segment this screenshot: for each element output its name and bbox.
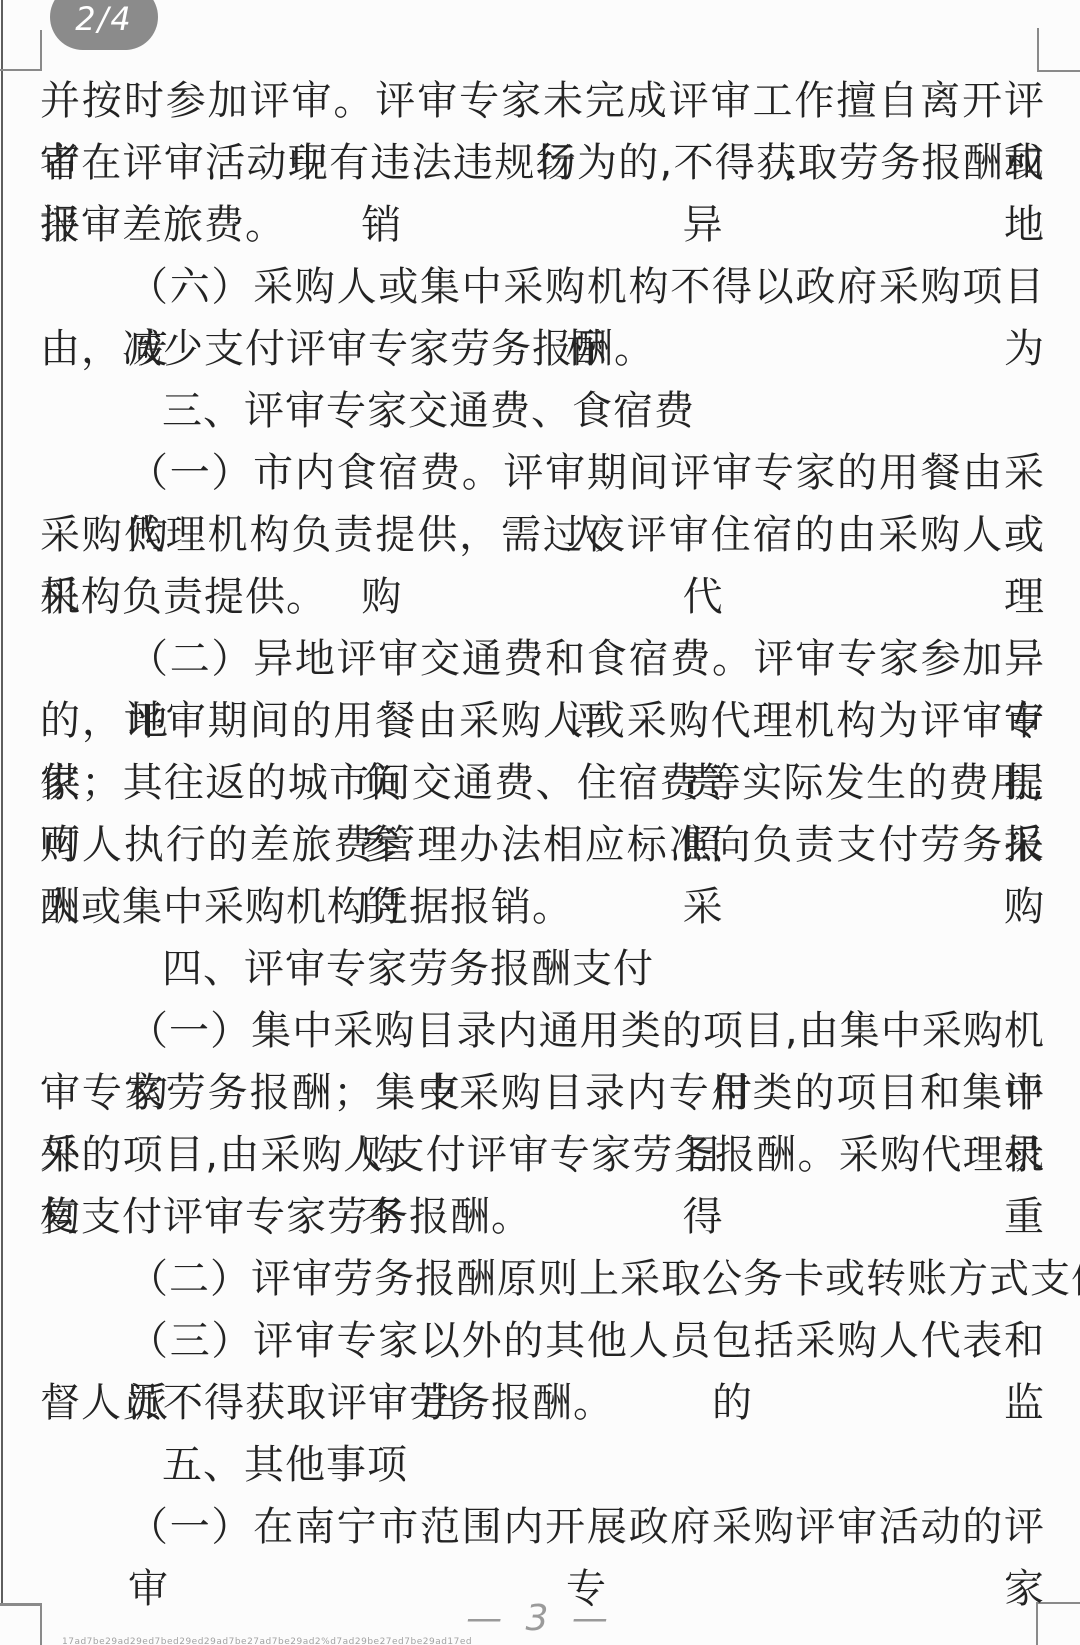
watermark-text: 17ad7be29ad29ed7bed29ed29ad7be27ad7be29a… xyxy=(62,1637,472,1645)
page-indicator-badge: 2/4 xyxy=(50,0,158,50)
text-line: （三）评审专家以外的其他人员包括采购人代表和派出的监 xyxy=(40,1310,1045,1372)
page-left-border-line xyxy=(1,0,3,1604)
text-line: （六）采购人或集中采购机构不得以政府采购项目废标为 xyxy=(40,256,1045,318)
text-line: 五、其他事项 xyxy=(40,1434,1045,1496)
text-line: 购人执行的差旅费管理办法相应标准向负责支付劳务报酬的采购 xyxy=(40,814,1045,876)
frame-corner-top-left-vertical xyxy=(40,30,42,71)
text-line: 并按时参加评审。评审专家未完成评审工作擅自离开评审现场,或 xyxy=(40,70,1045,132)
text-line: （二）异地评审交通费和食宿费。评审专家参加异地评审 xyxy=(40,628,1045,690)
text-line: 者在评审活动中有违法违规行为的,不得获取劳务报酬和报销异地 xyxy=(40,132,1045,194)
text-line: （二）评审劳务报酬原则上采取公务卡或转账方式支付。 xyxy=(40,1248,1045,1310)
text-line: 四、评审专家劳务报酬支付 xyxy=(40,938,1045,1000)
page-number-footer: — 3 — xyxy=(0,1598,1080,1639)
text-line: 供；其往返的城市间交通费、住宿费等实际发生的费用,可参照采 xyxy=(40,752,1045,814)
text-line: 外的项目,由采购人支付评审专家劳务报酬。采购代理机构不得重 xyxy=(40,1124,1045,1186)
text-line: 的，评审期间的用餐由采购人或采购代理机构为评审专家负责提 xyxy=(40,690,1045,752)
text-line: （一）集中采购目录内通用类的项目,由集中采购机构支付评 xyxy=(40,1000,1045,1062)
text-line: 采购代理机构负责提供，需过夜评审住宿的由采购人或采购代理 xyxy=(40,504,1045,566)
text-line: 审专家劳务报酬；集中采购目录内专用类的项目和集中采购目录 xyxy=(40,1062,1045,1124)
text-line: 三、评审专家交通费、食宿费 xyxy=(40,380,1045,442)
text-line: （一）在南宁市范围内开展政府采购评审活动的评审专家 xyxy=(40,1496,1045,1558)
text-line: （一）市内食宿费。评审期间评审专家的用餐由采购人或 xyxy=(40,442,1045,504)
document-lines: 并按时参加评审。评审专家未完成评审工作擅自离开评审现场,或者在评审活动中有违法违… xyxy=(40,70,1045,1558)
frame-corner-top-right-vertical xyxy=(1037,28,1039,72)
frame-corner-top-left-horizontal xyxy=(0,69,42,71)
